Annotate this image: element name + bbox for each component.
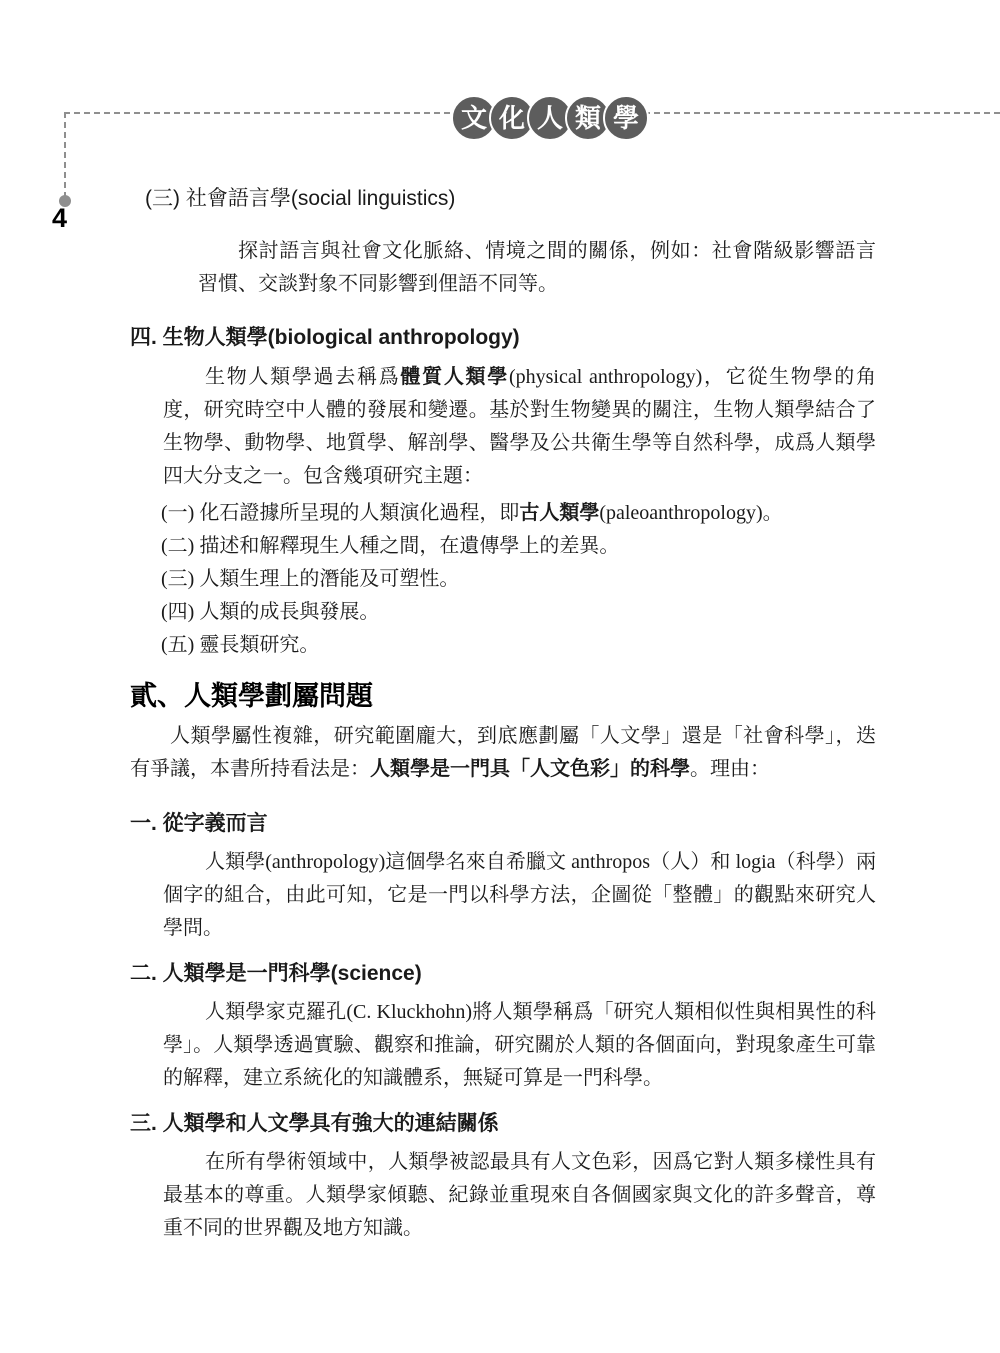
list-item: (二) 描述和解釋現生人種之間，在遺傳學上的差異。 [161,530,876,563]
part-heading-classification-issue: 貳、人類學劃屬問題 [130,676,1000,716]
list-item: (四) 人類的成長與發展。 [161,596,876,629]
list-item: (一) 化石證據所呈現的人類演化過程，即古人類學(paleoanthropolo… [161,497,876,530]
list-item: (三) 人類生理上的潛能及可塑性。 [161,563,876,596]
badge-char: 人 [537,105,563,131]
badge-char-circle: 學 [603,95,649,141]
paragraph-text: 生物人類學過去稱爲 [205,366,400,388]
list-item-text: (一) 化石證據所呈現的人類演化過程，即 [161,502,519,524]
paragraph-biological-anthropology: 生物人類學過去稱爲體質人類學(physical anthropology)，它從… [163,361,876,493]
highlighted-thesis-statement: 人類學是一門具「人文色彩」的科學 [370,758,690,780]
book-page: 4 文 化 人 類 學 (三) 社會語言學(social linguistics… [0,0,1000,1353]
paragraph-social-linguistics: 探討語言與社會文化脈絡、情境之間的關係，例如：社會階級影響語言習慣、交談對象不同… [198,235,876,301]
chapter-title-badge: 文 化 人 類 學 [451,95,649,141]
highlighted-term-physical-anthropology: 體質人類學 [400,366,509,388]
badge-char: 化 [499,105,525,131]
section-heading-biological-anthropology: 四. 生物人類學(biological anthropology) [130,321,1000,354]
research-topics-list: (一) 化石證據所呈現的人類演化過程，即古人類學(paleoanthropolo… [161,497,876,662]
badge-char: 類 [575,105,601,131]
highlighted-term-paleoanthropology: 古人類學 [519,502,599,524]
list-item-text: (paleoanthropology)。 [599,502,782,524]
subsection-heading-science: 二. 人類學是一門科學(science) [130,957,1000,990]
subsection-heading-humanities-link: 三. 人類學和人文學具有強大的連結關係 [130,1107,1000,1140]
paragraph-science: 人類學家克羅孔(C. Kluckhohn)將人類學稱爲「研究人類相似性與相異性的… [163,996,876,1095]
list-item: (五) 靈長類研究。 [161,629,876,662]
badge-char: 文 [461,105,487,131]
paragraph-text: 。理由： [690,758,770,780]
subsection-heading-etymology: 一. 從字義而言 [130,807,1000,840]
paragraph-humanities-link: 在所有學術領域中，人類學被認最具有人文色彩，因爲它對人類多樣性具有最基本的尊重。… [163,1146,876,1245]
paragraph-classification-intro: 人類學屬性複雜，研究範圍龐大，到底應劃屬「人文學」還是「社會科學」，迭有爭議，本… [130,720,876,786]
subsection-heading-social-linguistics: (三) 社會語言學(social linguistics) [145,182,1000,215]
badge-char: 學 [613,105,639,131]
page-content: (三) 社會語言學(social linguistics) 探討語言與社會文化脈… [0,182,1000,1245]
paragraph-etymology: 人類學(anthropology)這個學名來自希臘文 anthropos（人）和… [163,846,876,945]
